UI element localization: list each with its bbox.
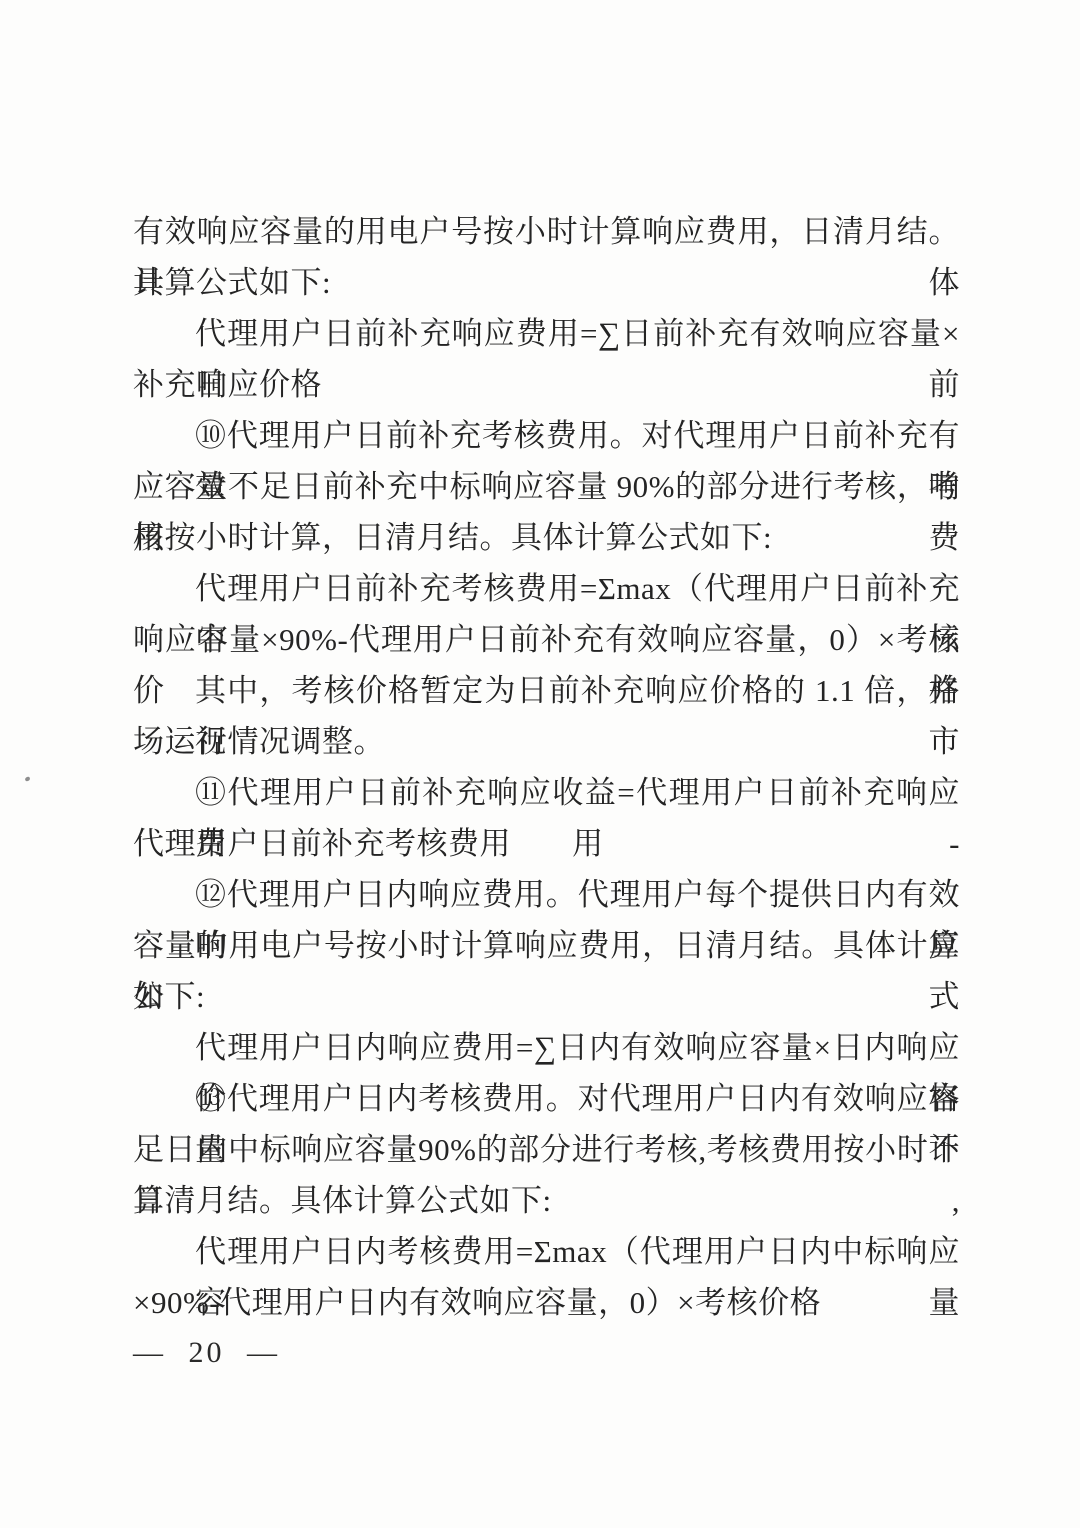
text-line: ⑫代理用户日内响应费用。代理用户每个提供日内有效响应 bbox=[133, 869, 960, 920]
text-line: 代理用户日前补充考核费用=Σmax（代理用户日前补充中标 bbox=[133, 563, 960, 614]
text-line: ⑪代理用户日前补充响应收益=代理用户日前补充响应费用- bbox=[133, 767, 960, 818]
text-line: 有效响应容量的用电户号按小时计算响应费用，日清月结。具体 bbox=[133, 206, 960, 257]
document-page: 有效响应容量的用电户号按小时计算响应费用，日清月结。具体 计算公式如下: 代理用… bbox=[0, 0, 1080, 1528]
scan-speck bbox=[24, 776, 30, 781]
text-line: ⑬代理用户日内考核费用。对代理用户日内有效响应容量不 bbox=[133, 1073, 960, 1124]
text-block: 有效响应容量的用电户号按小时计算响应费用，日清月结。具体 计算公式如下: 代理用… bbox=[133, 206, 960, 1328]
text-line: 代理用户日内响应费用=∑日内有效响应容量×日内响应价格 bbox=[133, 1022, 960, 1073]
text-line: 应容量不足日前补充中标响应容量 90%的部分进行考核，考核费 bbox=[133, 461, 960, 512]
text-line: 代理用户日前补充响应费用=∑日前补充有效响应容量×日前 bbox=[133, 308, 960, 359]
text-line: 其中，考核价格暂定为日前补充响应价格的 1.1 倍，并视市 bbox=[133, 665, 960, 716]
text-line: ⑩代理用户日前补充考核费用。对代理用户日前补充有效响 bbox=[133, 410, 960, 461]
text-line: 代理用户日内考核费用=Σmax（代理用户日内中标响应容量 bbox=[133, 1226, 960, 1277]
text-line: 容量的用电户号按小时计算响应费用，日清月结。具体计算公式 bbox=[133, 920, 960, 971]
page-number: — 20 — bbox=[133, 1336, 280, 1370]
text-line: 响应容量×90%-代理用户日前补充有效响应容量，0）×考核价格 bbox=[133, 614, 960, 665]
text-line: 足日内中标响应容量90%的部分进行考核,考核费用按小时计算, bbox=[133, 1124, 960, 1175]
